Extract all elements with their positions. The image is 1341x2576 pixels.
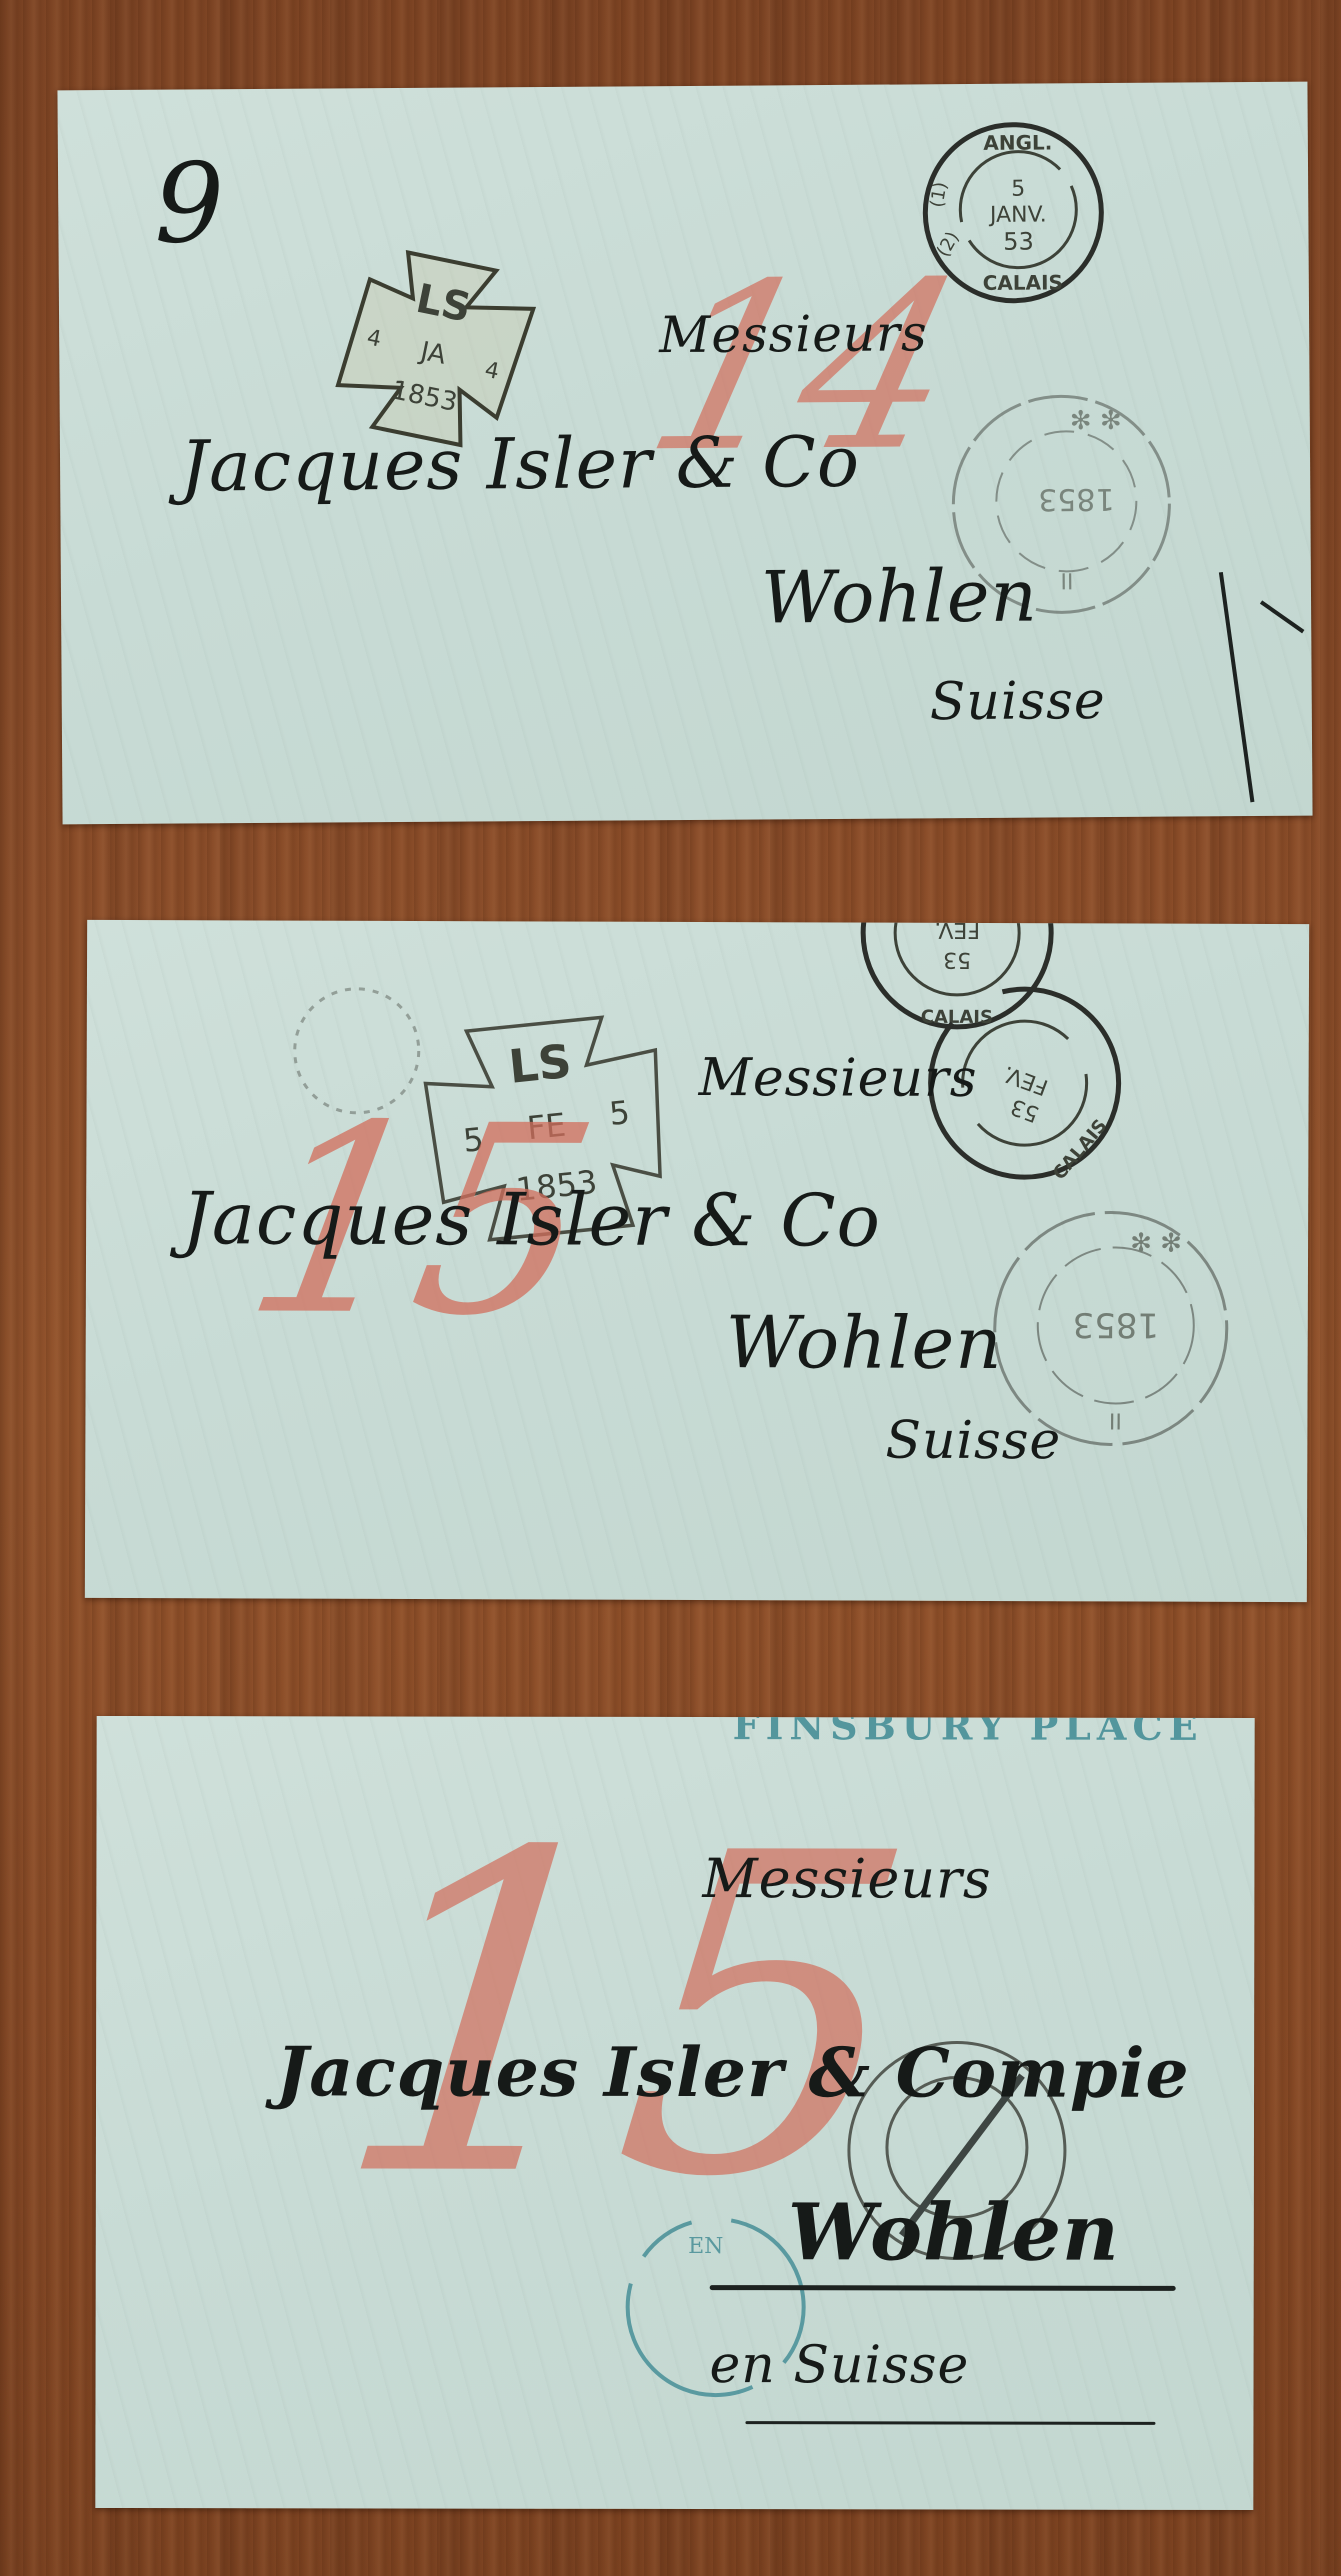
margin-pen-marks: [1201, 542, 1313, 803]
address-salutation: Messieurs: [702, 1847, 991, 1911]
address-country: en Suisse: [710, 2335, 970, 2395]
address-name: Jacques Isler & Co: [182, 1176, 881, 1262]
svg-text:(1): (1): [927, 180, 952, 209]
svg-text:II: II: [1109, 1410, 1122, 1435]
address-town: Wohlen: [761, 554, 1038, 640]
address-name: Jacques Isler & Compie: [276, 2032, 1190, 2114]
svg-text:53: 53: [943, 947, 971, 972]
svg-text:1853: 1853: [1038, 481, 1115, 517]
svg-text:1853: 1853: [1072, 1304, 1159, 1344]
letter-cover-3: FINSBURY PLACE 15 EN Messieurs Jacques I…: [95, 1716, 1254, 2510]
country-underline: [745, 2421, 1155, 2425]
svg-text:ANGL.: ANGL.: [983, 130, 1052, 154]
address-country: Suisse: [885, 1411, 1061, 1472]
svg-text:✻ ✻: ✻ ✻: [1070, 406, 1122, 436]
address-name: Jacques Isler & Co: [180, 421, 860, 508]
address-town: Wohlen: [726, 1300, 1003, 1385]
svg-text:53: 53: [1003, 228, 1034, 256]
svg-text:EN: EN: [688, 2234, 723, 2259]
svg-text:CALAIS: CALAIS: [1049, 1115, 1112, 1184]
letter-cover-2: LS 5 FE 5 1853 FEV. 53 CALAIS FEV. 53 CA…: [85, 920, 1309, 1602]
svg-text:II: II: [1060, 570, 1073, 595]
letter-cover-1: 9 LS 4 JA 4 1853 ANGL. (1) (2) CALAIS 5 …: [57, 82, 1312, 825]
address-town: Wohlen: [788, 2187, 1120, 2279]
svg-text:CALAIS: CALAIS: [983, 270, 1063, 295]
docket-number: 9: [154, 139, 226, 267]
finsbury-place-handstamp: FINSBURY PLACE: [733, 1716, 1204, 1749]
ls-cross-postmark: LS 4 JA 4 1853: [339, 253, 530, 444]
address-salutation: Messieurs: [659, 304, 928, 364]
address-salutation: Messieurs: [699, 1048, 978, 1109]
svg-text:FEV.: FEV.: [934, 920, 980, 942]
svg-text:5: 5: [1011, 177, 1025, 202]
svg-text:JANV.: JANV.: [988, 202, 1047, 227]
svg-text:✻ ✻: ✻ ✻: [1130, 1229, 1182, 1259]
svg-text:FEV.: FEV.: [1000, 1060, 1052, 1099]
address-country: Suisse: [930, 671, 1106, 732]
town-underline: [710, 2285, 1176, 2291]
svg-text:5: 5: [607, 1093, 631, 1133]
